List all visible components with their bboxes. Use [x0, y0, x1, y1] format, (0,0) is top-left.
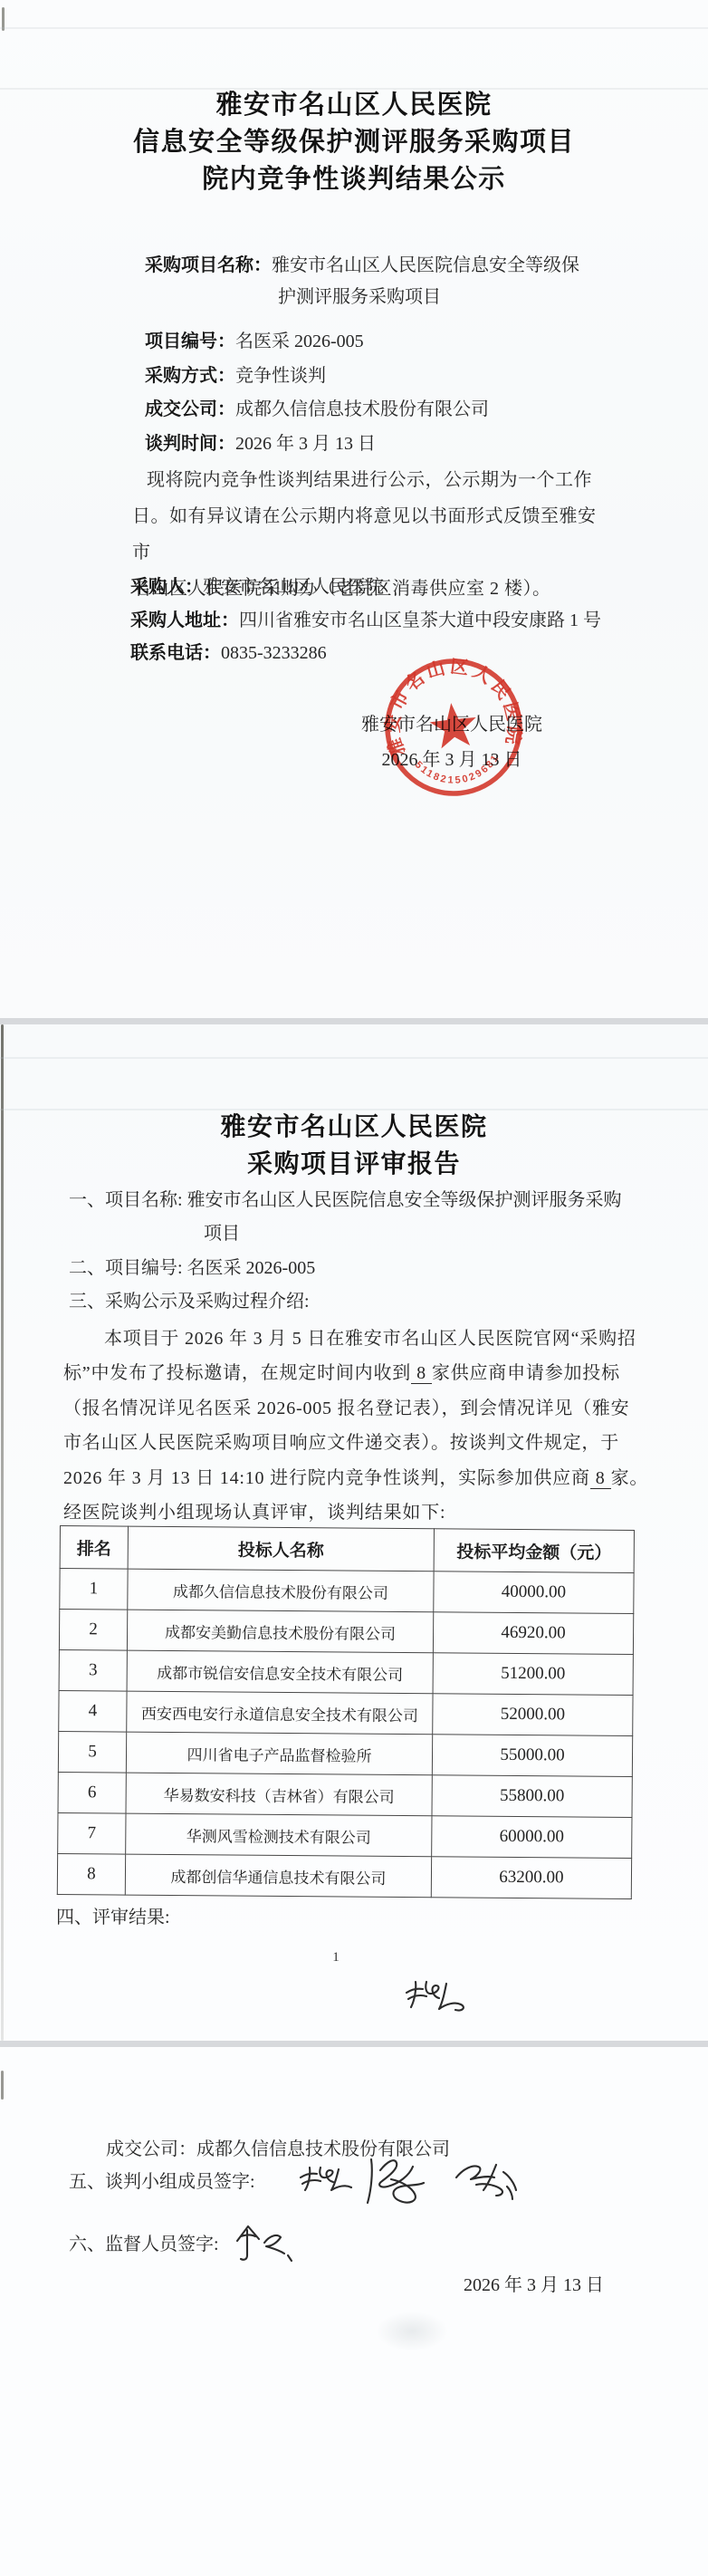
bidder-cell: 成都市锐信安信息安全技术有限公司: [127, 1650, 433, 1694]
scan-streak: [0, 1057, 708, 1059]
field-value: 四川省雅安市名山区皇茶大道中段安康路 1 号: [239, 610, 601, 630]
field-value: 雅安市名山区人民医院: [203, 577, 384, 597]
field-label: 项目编号：: [145, 332, 235, 351]
table-row: 6华易数安科技（吉林省）有限公司55800.00: [58, 1772, 632, 1817]
table-row: 8成都创信华通信息技术有限公司63200.00: [57, 1853, 631, 1898]
handwritten-signature: [401, 1975, 472, 2016]
bidder-cell: 四川省电子产品监督检验所: [126, 1732, 432, 1775]
rank-cell: 3: [59, 1649, 127, 1691]
table-row: 5四川省电子产品监督检验所55000.00: [58, 1731, 632, 1776]
official-stamp: 雅安市名山区人民医院 5118215029681: [374, 648, 533, 807]
field-value-wrap: 护测评服务采购项目: [145, 282, 579, 313]
field-label: 采购项目名称：: [145, 255, 272, 275]
field-address: 采购人地址：四川省雅安市名山区皇茶大道中段安康路 1 号: [130, 609, 601, 632]
field-project-no: 项目编号：名医采 2026-005: [145, 330, 364, 353]
page-announcement: 雅安市名山区人民医院 信息安全等级保护测评服务采购项目 院内竞争性谈判结果公示 …: [0, 0, 708, 1018]
paragraph-text: 2026 年 3 月 13 日 14:10 进行院内竞争性谈判，实际参加供应商: [63, 1468, 590, 1488]
handwritten-signature: [453, 2159, 523, 2203]
item-label: 一、项目名称:: [69, 1190, 187, 1210]
table-row: 1成都久信信息技术股份有限公司40000.00: [60, 1569, 634, 1614]
star-icon: [428, 700, 479, 749]
underlined-count: 8: [590, 1468, 611, 1489]
title-line: 雅安市名山区人民医院: [0, 1108, 708, 1145]
notice-line: 日。如有异议请在公示期内将意见以书面形式反馈至雅安市: [132, 498, 612, 571]
rank-cell: 4: [59, 1690, 127, 1732]
rank-cell: 5: [58, 1731, 126, 1773]
amount-cell: 40000.00: [434, 1572, 634, 1614]
field-value: 0835-3233286: [221, 643, 327, 663]
amount-cell: 46920.00: [433, 1612, 633, 1655]
report-title: 雅安市名山区人民医院 采购项目评审报告: [0, 1108, 708, 1182]
field-value: 成都久信信息技术股份有限公司: [235, 399, 489, 419]
field-winner: 成交公司：成都久信信息技术股份有限公司: [145, 398, 489, 421]
paragraph-line: 2026 年 3 月 13 日 14:10 进行院内竞争性谈判，实际参加供应商8…: [63, 1461, 661, 1495]
table-row: 4西安西电安行永道信息安全技术有限公司52000.00: [59, 1690, 633, 1735]
col-amount: 投标平均金额（元）: [434, 1529, 634, 1573]
page-review-report: 雅安市名山区人民医院 采购项目评审报告 一、项目名称: 雅安市名山区人民医院信息…: [0, 1024, 708, 2041]
field-label: 成交公司：: [106, 2139, 196, 2159]
field-project-name: 采购项目名称：雅安市名山区人民医院信息安全等级保 护测评服务采购项目: [145, 250, 579, 313]
bidder-cell: 西安西电安行永道信息安全技术有限公司: [127, 1691, 433, 1735]
paragraph-text: 家供应商申请参加投标: [432, 1363, 620, 1383]
report-item-1: 一、项目名称: 雅安市名山区人民医院信息安全等级保护测评服务采购 项目: [69, 1184, 622, 1251]
field-label: 联系电话：: [130, 643, 221, 663]
item-value-wrap: 项目: [69, 1217, 622, 1251]
scan-edge-mark: [1, 2071, 4, 2100]
supervisor-signature-label: 六、监督人员签字:: [69, 2233, 219, 2256]
handwritten-signature: [364, 2154, 427, 2210]
page-signatures: 成交公司：成都久信信息技术股份有限公司 五、谈判小组成员签字: 六、监督人员签字…: [0, 2047, 708, 2576]
title-line: 雅安市名山区人民医院: [0, 87, 708, 124]
field-value: 名医采 2026-005: [235, 332, 364, 351]
paragraph-line: 市名山区人民医院采购项目响应文件递交表）。按谈判文件规定，于: [63, 1426, 661, 1460]
paragraph-text: 家。: [611, 1468, 649, 1488]
field-value: 2026 年 3 月 13 日: [235, 434, 376, 454]
report-item-2: 二、项目编号: 名医采 2026-005: [69, 1256, 315, 1280]
field-label: 采购人地址：: [130, 610, 239, 630]
report-item-3: 三、采购公示及采购过程介绍:: [69, 1290, 310, 1313]
report-date: 2026 年 3 月 13 日: [464, 2273, 604, 2297]
paragraph-line: 本项目于 2026 年 3 月 5 日在雅安市名山区人民医院官网“采购招: [63, 1322, 661, 1356]
col-rank: 排名: [60, 1526, 128, 1570]
scan-streak: [0, 27, 708, 29]
field-label: 谈判时间：: [145, 434, 235, 454]
bidder-cell: 华测风雪检测技术有限公司: [126, 1813, 432, 1857]
rank-cell: 1: [60, 1569, 128, 1610]
rank-cell: 6: [58, 1772, 126, 1813]
page-gap: [0, 2041, 708, 2047]
bidder-cell: 华易数安科技（吉林省）有限公司: [126, 1773, 432, 1816]
bidder-cell: 成都安美勤信息技术股份有限公司: [127, 1610, 433, 1653]
paragraph-text: 标”中发布了投标邀请，在规定时间内收到: [63, 1363, 411, 1383]
table-header-row: 排名 投标人名称 投标平均金额（元）: [60, 1526, 634, 1573]
amount-cell: 55800.00: [432, 1775, 632, 1818]
field-label: 成交公司：: [145, 399, 235, 419]
scan-smudge: [376, 2312, 448, 2351]
col-bidder: 投标人名称: [128, 1526, 434, 1572]
amount-cell: 51200.00: [433, 1653, 633, 1696]
page-title: 雅安市名山区人民医院 信息安全等级保护测评服务采购项目 院内竞争性谈判结果公示: [0, 87, 708, 198]
field-time: 谈判时间：2026 年 3 月 13 日: [145, 432, 376, 456]
field-value: 竞争性谈判: [235, 366, 326, 386]
amount-cell: 63200.00: [431, 1857, 631, 1899]
table-row: 7华测风雪检测技术有限公司60000.00: [58, 1812, 632, 1858]
table-row: 2成都安美勤信息技术股份有限公司46920.00: [59, 1610, 633, 1655]
underlined-count: 8: [411, 1363, 432, 1384]
field-buyer: 采购人：雅安市名山区人民医院: [130, 575, 384, 599]
item-value: 雅安市名山区人民医院信息安全等级保护测评服务采购: [187, 1190, 622, 1210]
scanned-procurement-document: 雅安市名山区人民医院 信息安全等级保护测评服务采购项目 院内竞争性谈判结果公示 …: [0, 0, 708, 2576]
report-item-4: 四、评审结果:: [56, 1906, 170, 1929]
bidder-cell: 成都久信信息技术股份有限公司: [128, 1569, 434, 1612]
field-phone: 联系电话：0835-3233286: [130, 641, 327, 665]
field-label: 采购人：: [130, 577, 203, 597]
process-paragraph: 本项目于 2026 年 3 月 5 日在雅安市名山区人民医院官网“采购招 标”中…: [63, 1322, 661, 1530]
amount-cell: 60000.00: [432, 1816, 632, 1859]
page-number: 1: [0, 1950, 672, 1966]
handwritten-signature: [225, 2219, 311, 2269]
field-method: 采购方式：竞争性谈判: [145, 364, 326, 388]
page-gap: [0, 1018, 708, 1024]
title-line: 信息安全等级保护测评服务采购项目: [0, 124, 708, 161]
paragraph-line: 标”中发布了投标邀请，在规定时间内收到8家供应商申请参加投标: [63, 1356, 661, 1390]
field-value: 雅安市名山区人民医院信息安全等级保: [272, 255, 579, 275]
rank-cell: 2: [59, 1610, 127, 1651]
amount-cell: 55000.00: [432, 1735, 632, 1777]
handwritten-signature: [297, 2163, 355, 2196]
field-label: 采购方式：: [145, 366, 235, 386]
results-table: 排名 投标人名称 投标平均金额（元） 1成都久信信息技术股份有限公司40000.…: [57, 1525, 635, 1899]
amount-cell: 52000.00: [433, 1694, 633, 1736]
panel-signature-label: 五、谈判小组成员签字:: [69, 2170, 255, 2194]
notice-line: 现将院内竞争性谈判结果进行公示，公示期为一个工作: [132, 462, 612, 498]
bidder-cell: 成都创信华通信息技术有限公司: [125, 1854, 431, 1898]
paragraph-line: 经医院谈判小组现场认真评审，谈判结果如下:: [63, 1495, 661, 1530]
rank-cell: 8: [57, 1853, 125, 1895]
title-line: 院内竞争性谈判结果公示: [0, 161, 708, 198]
title-line: 采购项目评审报告: [0, 1145, 708, 1182]
table-row: 3成都市锐信安信息安全技术有限公司51200.00: [59, 1649, 633, 1695]
rank-cell: 7: [58, 1812, 126, 1854]
paragraph-line: （报名情况详见名医采 2026-005 报名登记表），到会情况详见（雅安: [63, 1391, 661, 1426]
